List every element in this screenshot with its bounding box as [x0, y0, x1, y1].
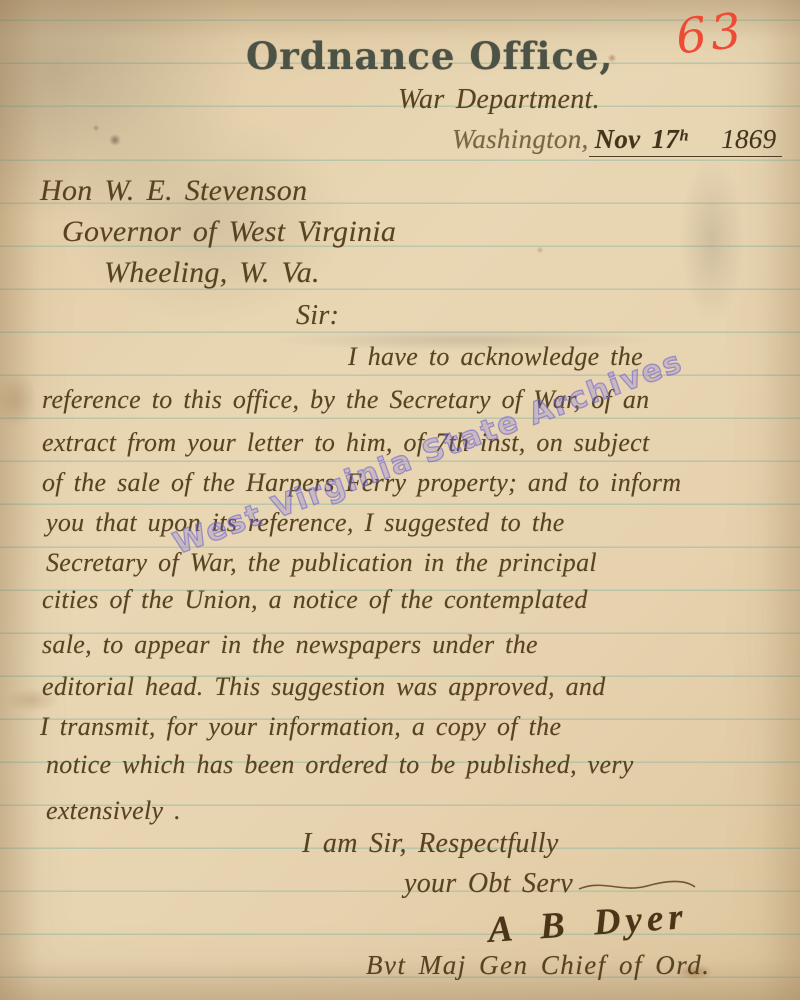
- letterhead-office-name: Ordnance Office,: [246, 34, 613, 78]
- dateline-year: 1869: [691, 124, 782, 157]
- body-line: extensively .: [46, 796, 181, 826]
- body-line: editorial head. This suggestion was appr…: [42, 672, 606, 702]
- recipient-title: Governor of West Virginia: [62, 215, 396, 249]
- signer-title: Bvt Maj Gen Chief of Ord.: [366, 950, 710, 981]
- signature: A B Dyer: [487, 895, 689, 952]
- body-line: I have to acknowledge the: [348, 342, 643, 372]
- recipient-name: Hon W. E. Stevenson: [40, 174, 307, 208]
- dateline-day: Nov 17ʰ: [589, 124, 692, 157]
- dateline-city: Washington,: [452, 124, 589, 154]
- body-line: I transmit, for your information, a copy…: [40, 712, 561, 742]
- closing-line: I am Sir, Respectfully: [302, 828, 559, 860]
- letterhead-department: War Department.: [398, 84, 600, 116]
- closing-obt-serv: your Obt Serv: [404, 868, 573, 899]
- closing-line: your Obt Serv: [404, 868, 697, 900]
- body-line: cities of the Union, a notice of the con…: [42, 585, 588, 615]
- body-line: Secretary of War, the publication in the…: [46, 548, 597, 578]
- archive-page-number: 63: [673, 3, 748, 66]
- salutation: Sir:: [296, 300, 339, 332]
- dateline: Washington,Nov 17ʰ1869: [452, 124, 782, 155]
- recipient-city: Wheeling, W. Va.: [104, 256, 320, 290]
- pen-flourish-icon: [577, 877, 697, 895]
- body-line: of the sale of the Harpers Ferry propert…: [42, 468, 681, 498]
- body-line: extract from your letter to him, of 7th …: [42, 428, 650, 458]
- body-line: reference to this office, by the Secreta…: [42, 385, 649, 415]
- body-line: you that upon its reference, I suggested…: [46, 508, 565, 538]
- body-line: notice which has been ordered to be publ…: [46, 750, 634, 780]
- body-line: sale, to appear in the newspapers under …: [42, 630, 538, 660]
- letter-page: Ordnance Office, War Department. Washing…: [0, 0, 800, 1000]
